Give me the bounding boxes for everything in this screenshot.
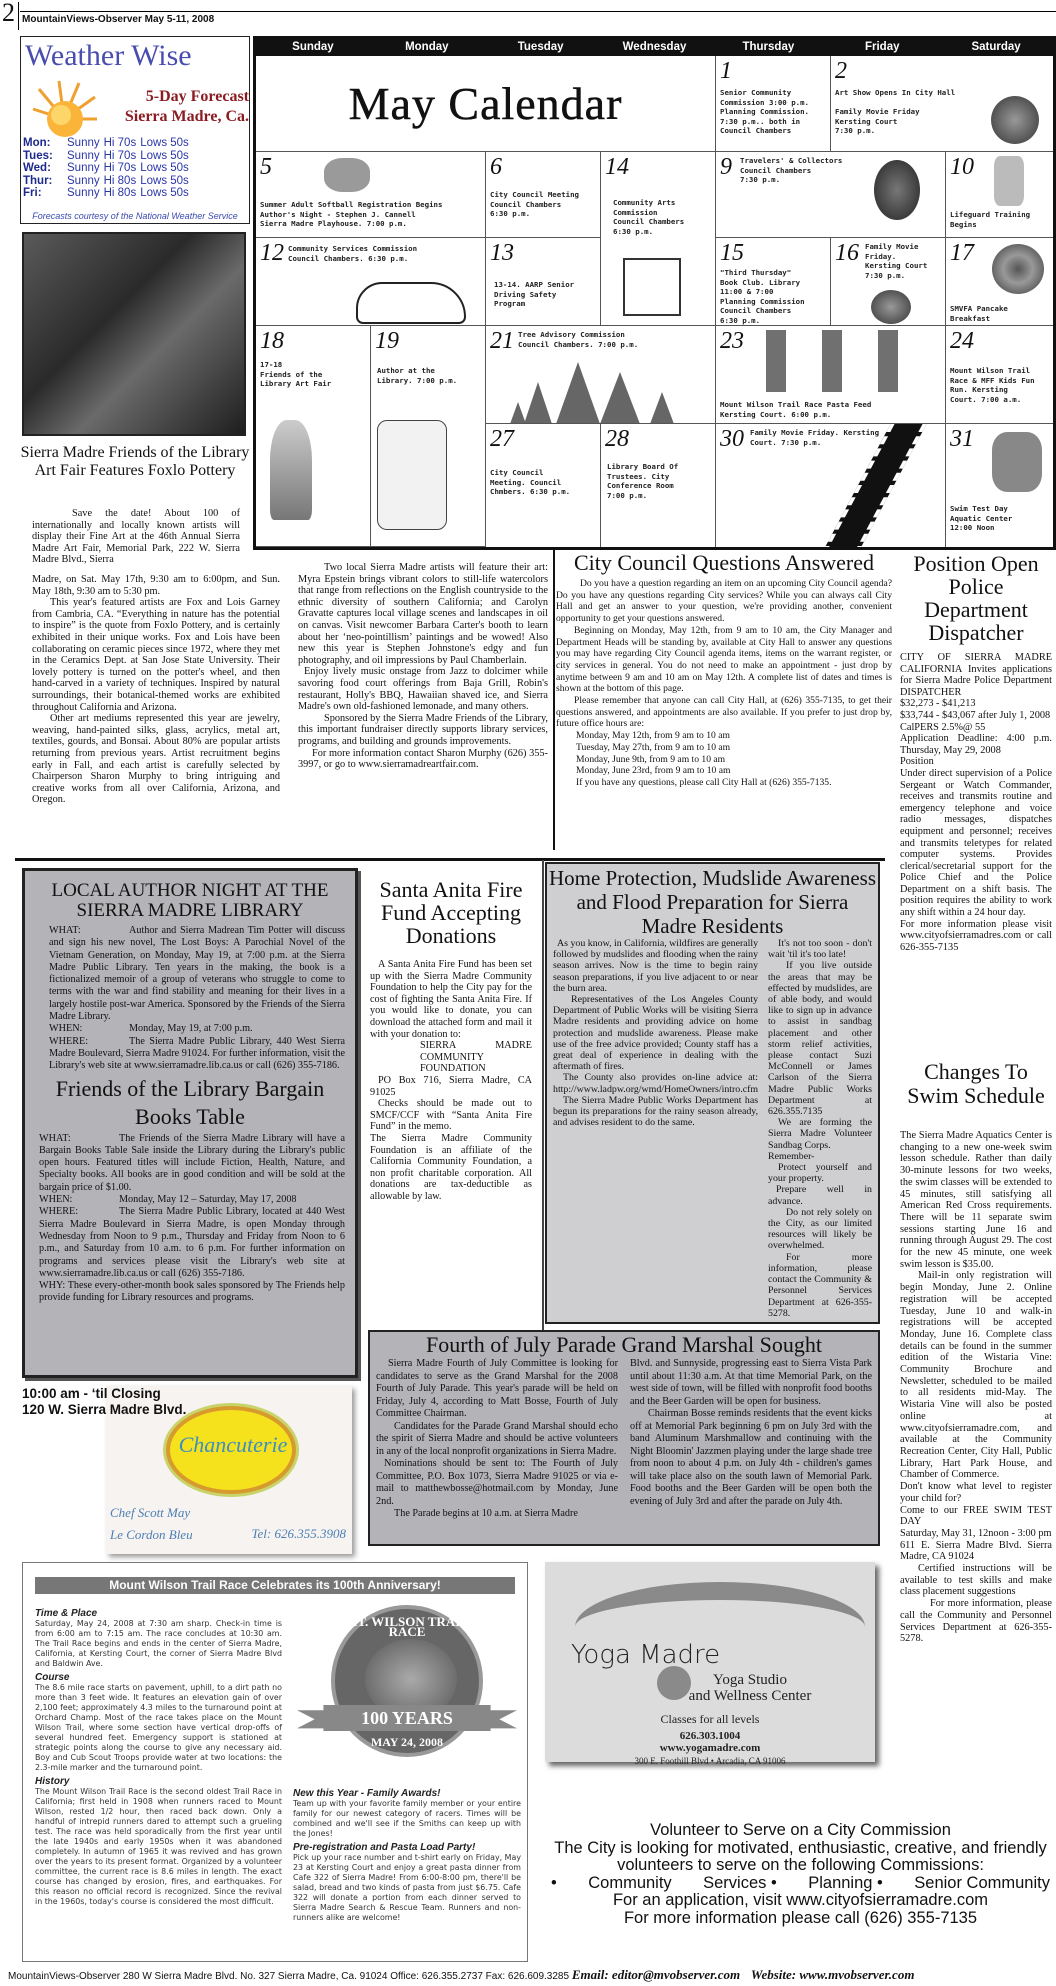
lifeguard-icon — [994, 156, 1024, 206]
paintbrush-icon — [991, 96, 1039, 144]
calendar-day-16: 16 Family Movie Friday. Kersting Court 7… — [831, 238, 946, 326]
may-calendar: Sunday Monday Tuesday Wednesday Thursday… — [253, 36, 1056, 550]
calendar-day-19: 19 Author at the Library. 7:00 p.m. — [371, 326, 486, 547]
pancake-icon — [992, 244, 1044, 294]
article-headline: Home Protection, Mudslide Awareness and … — [547, 864, 878, 938]
article-headline: Friends of the Library Bargain Books Tab… — [25, 1073, 355, 1133]
article-column: As you know, in California, wildfires ar… — [553, 938, 758, 1319]
potter-photo — [22, 232, 246, 436]
business-name: Yoga Madre — [571, 1640, 720, 1670]
sun-icon — [29, 79, 99, 139]
commission-list: • Community Services • Planning • Senior… — [545, 1875, 1056, 1893]
article-column: Sierra Madre Fourth of July Committee is… — [376, 1358, 618, 1521]
calendar-day-24: 24 Mount Wilson Trail Race & MFF Kids Fu… — [946, 326, 1053, 424]
forecast-row: Thur:SunnyHi 80sLows 50s — [23, 175, 193, 188]
forecast-table: Mon:SunnyHi 70sLows 50s Tues:SunnyHi 70s… — [23, 137, 193, 200]
business-name: Chancuterie — [178, 1432, 288, 1458]
city-council-article: City Council Questions Answered Do you h… — [556, 552, 892, 789]
footer: MountainViews-Observer 280 W Sierra Madr… — [8, 1967, 1056, 1983]
calendar-title: May Calendar — [256, 56, 716, 152]
phone-number: Tel: 626.355.3908 — [252, 1526, 347, 1542]
swim-schedule-article: Changes To Swim Schedule The Sierra Madr… — [900, 1060, 1052, 1645]
office-hours-list: Monday, May 12th, from 9 am to 10 am Tue… — [556, 730, 892, 789]
calendar-day-header: Sunday Monday Tuesday Wednesday Thursday… — [256, 39, 1053, 56]
divider — [15, 858, 885, 861]
santa-anita-fire-fund-article: Santa Anita Fire Fund Accepting Donation… — [362, 868, 540, 1202]
charcuterie-ad: 10:00 am - ‘til Closing 120 W. Sierra Ma… — [22, 1386, 352, 1554]
police-dispatcher-article: Position Open Police Department Dispatch… — [900, 552, 1052, 953]
library-events-box: LOCAL AUTHOR NIGHT AT THE SIERRA MADRE L… — [22, 868, 358, 1378]
article-headline: Changes To Swim Schedule — [900, 1060, 1052, 1108]
library-cartoon-icon — [377, 420, 447, 530]
calendar-day-15: 15 "Third Thursday" Book Club. Library 1… — [716, 238, 831, 326]
calendar-day-31: 31 Swim Test Day Aquatic Center 12:00 No… — [946, 424, 1053, 547]
calendar-day-17: 17 SMVFA Pancake Breakfast — [946, 238, 1053, 326]
article-headline: Position Open Police Department Dispatch… — [900, 552, 1052, 644]
trees-icon — [500, 362, 700, 424]
article-headline: Sierra Madre Friends of the Library Art … — [20, 444, 250, 480]
forecast-row: Mon:SunnyHi 70sLows 50s — [23, 137, 193, 150]
chef-name: Chef Scott May Le Cordon Bleu — [110, 1502, 193, 1546]
calendar-day-27: 27 City Council Meeting. Council Chmbers… — [486, 424, 601, 547]
page-number: 2 — [2, 0, 15, 26]
calendar-day-13: 13 13-14. AARP Senior Driving Safety Pro… — [486, 238, 601, 326]
divider — [542, 860, 544, 1330]
trail-race-logo: MT. WILSON TRAIL RACE 100 YEARS MAY 24, … — [293, 1605, 521, 1783]
article-headline: Fourth of July Parade Grand Marshal Soug… — [370, 1332, 878, 1358]
weather-credit: Forecasts courtesy of the National Weath… — [21, 211, 249, 221]
calendar-day-6: 6 City Council Meeting Council Chambers … — [486, 152, 601, 238]
ad-column: Time & Place Saturday, May 24, 2008 at 7… — [35, 1605, 282, 1907]
footer-website[interactable]: Website: www.mvobserver.com — [751, 1967, 915, 1982]
divider — [20, 11, 1056, 12]
weather-title: Weather Wise — [25, 39, 192, 73]
article-column: Blvd. and Sunnyside, progressing east to… — [630, 1358, 872, 1521]
baseball-glove-icon — [324, 158, 370, 192]
weather-box: Weather Wise 5-Day Forecast Sierra Madre… — [20, 36, 250, 224]
calendar-day-18: 18 17-18 Friends of the Library Art Fair — [256, 326, 371, 547]
volunteer-notice: Volunteer to Serve on a City Commission … — [545, 1822, 1056, 1927]
runners-icon — [756, 330, 926, 392]
trail-race-ad: Mount Wilson Trail Race Celebrates its 1… — [22, 1562, 528, 1962]
article-text: Two local Sierra Madre artists will feat… — [298, 562, 548, 771]
article-headline: LOCAL AUTHOR NIGHT AT THE SIERRA MADRE L… — [25, 871, 355, 921]
calendar-day-21: 21 Tree Advisory Commission Council Cham… — [486, 326, 716, 424]
car-icon — [356, 282, 466, 324]
yoga-madre-ad: Yoga Madre Yoga Studio and Wellness Cent… — [545, 1562, 875, 1762]
calendar-day-23: 23 Mount Wilson Trail Race Pasta Feed Ke… — [716, 326, 946, 424]
easel-icon — [623, 258, 681, 316]
swimmer-icon — [992, 432, 1042, 492]
article-headline: Santa Anita Fire Fund Accepting Donation… — [362, 878, 540, 947]
calendar-day-9: 9 Travelers' & Collectors Council Chambe… — [716, 152, 946, 238]
forecast-row: Wed:SunnyHi 70sLows 50s — [23, 162, 193, 175]
ad-column: MT. WILSON TRAIL RACE 100 YEARS MAY 24, … — [293, 1605, 521, 1923]
globe-icon — [874, 160, 920, 220]
article-text: Save the date! About 100 of internationa… — [32, 508, 240, 566]
article-headline: City Council Questions Answered — [556, 552, 892, 574]
calendar-day-10: 10 Lifeguard Training Begins — [946, 152, 1053, 238]
calendar-day-12: 12 Community Services Commission Council… — [256, 238, 486, 326]
home-protection-article: Home Protection, Mudslide Awareness and … — [545, 862, 880, 1324]
divider — [18, 2, 19, 30]
calendar-day-28: 28 Library Board Of Trustees. City Confe… — [601, 424, 716, 547]
forecast-row: Fri:SunnyHi 80sLows 50s — [23, 187, 193, 200]
ad-hours: 10:00 am - ‘til Closing 120 W. Sierra Ma… — [22, 1386, 186, 1418]
footer-email[interactable]: Email: editor@mvobserver.com — [572, 1967, 740, 1982]
article-column: It's not too soon - don't wait 'til it's… — [768, 938, 872, 1319]
head-art-icon — [270, 420, 312, 520]
july-fourth-article: Fourth of July Parade Grand Marshal Soug… — [368, 1330, 880, 1546]
calendar-day-1: 1 Senior Community Commission 3:00 p.m. … — [716, 56, 831, 152]
calendar-day-14: 14 Community Arts Commission Council Cha… — [601, 152, 716, 326]
application-link[interactable]: For an application, visit www.cityofsier… — [545, 1892, 1056, 1910]
calendar-day-30: 30 Family Movie Friday. Kersting Court. … — [716, 424, 946, 547]
article-text: Madre, on Sat. May 17th, 9:30 am to 6:00… — [32, 574, 280, 806]
ad-banner: Mount Wilson Trail Race Celebrates its 1… — [35, 1577, 515, 1594]
calendar-day-2: 2 Art Show Opens In City Hall Family Mov… — [831, 56, 1053, 152]
calendar-day-5: 5 Summer Adult Softball Registration Beg… — [256, 152, 486, 238]
forecast-heading: 5-Day Forecast Sierra Madre, Ca. — [117, 87, 249, 127]
divider — [553, 550, 555, 850]
forecast-row: Tues:SunnyHi 70sLows 50s — [23, 150, 193, 163]
masthead: MountainViews-Observer May 5-11, 2008 — [22, 14, 214, 25]
movie-camera-icon — [871, 290, 911, 324]
